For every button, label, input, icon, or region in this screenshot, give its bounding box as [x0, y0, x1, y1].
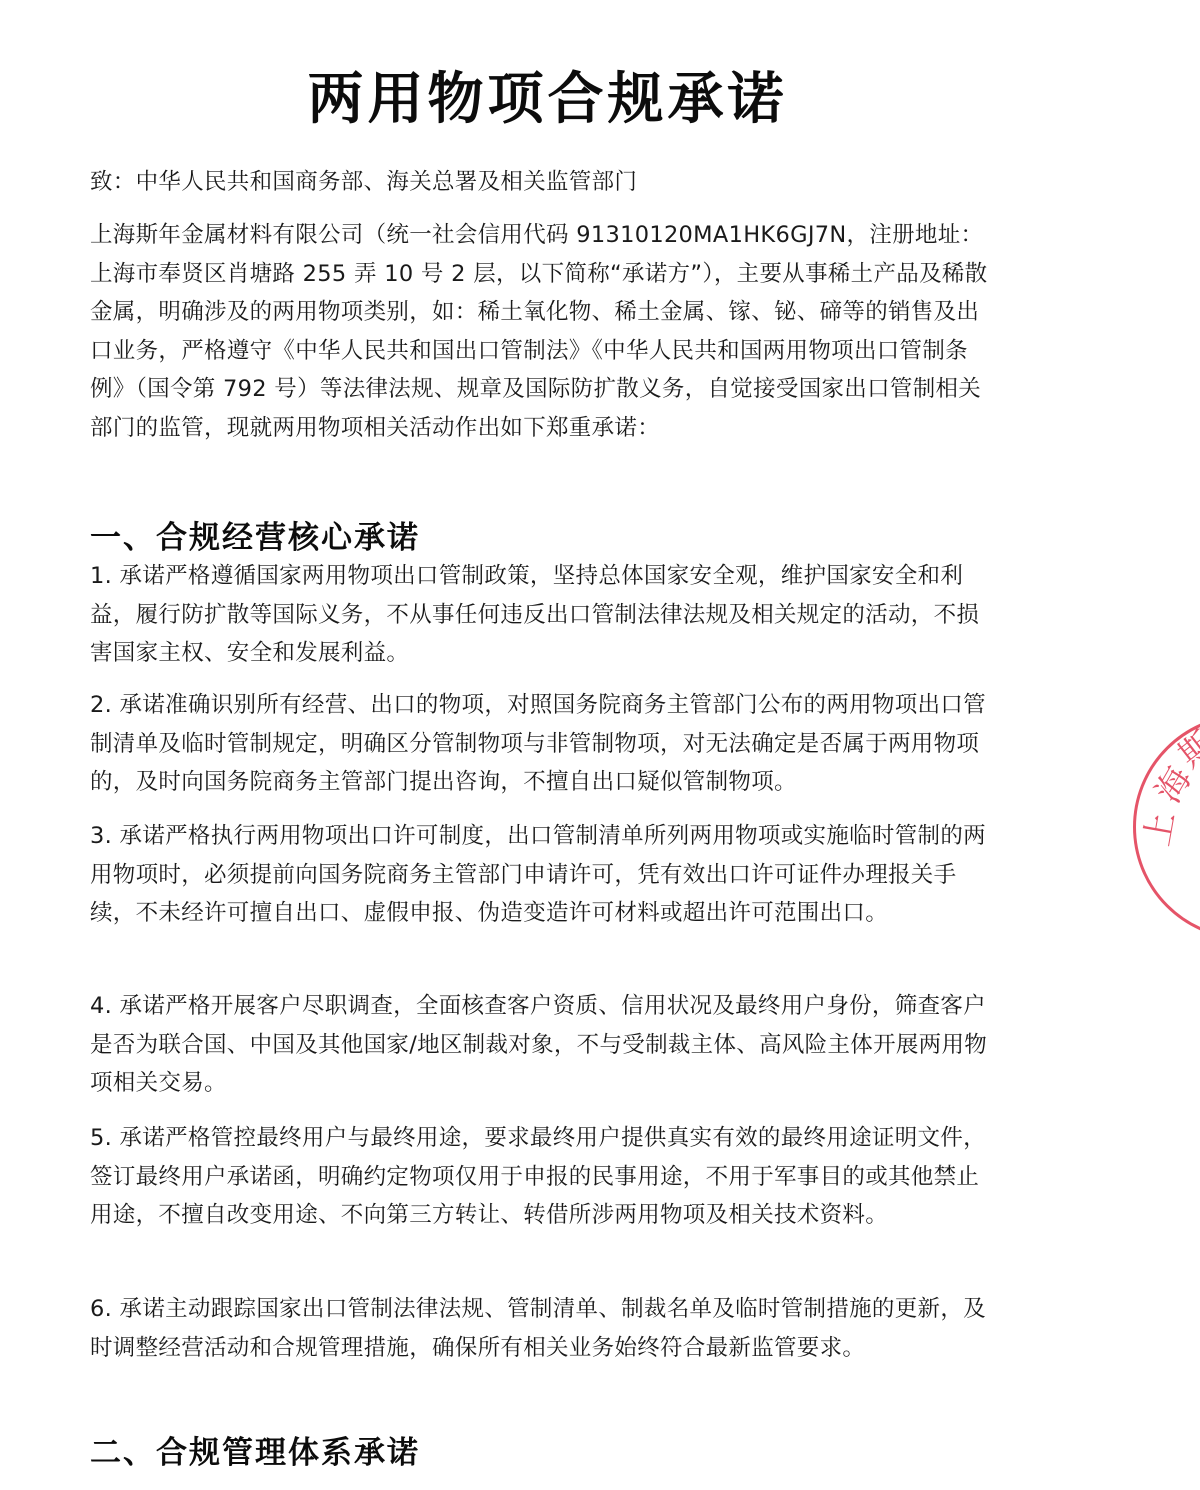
commitment-item-5: 5. 承诺严格管控最终用户与最终用途，要求最终用户提供真实有效的最终用途证明文件…	[90, 1119, 995, 1235]
commitment-text: 5. 承诺严格管控最终用户与最终用途，要求最终用户提供真实有效的最终用途证明文件…	[90, 1119, 995, 1235]
section-heading-2: 二、合规管理体系承诺	[90, 1431, 420, 1475]
commitment-text: 2. 承诺准确识别所有经营、出口的物项，对照国务院商务主管部门公布的两用物项出口…	[90, 686, 995, 802]
commitment-item-3: 3. 承诺严格执行两用物项出口许可制度，出口管制清单所列两用物项或实施临时管制的…	[90, 817, 995, 933]
commitment-item-6: 6. 承诺主动跟踪国家出口管制法律法规、管制清单、制裁名单及临时管制措施的更新，…	[90, 1290, 995, 1367]
intro-text: 上海斯年金属材料有限公司（统一社会信用代码 91310120MA1HK6GJ7N…	[90, 216, 995, 447]
commitment-text: 1. 承诺严格遵循国家两用物项出口管制政策，坚持总体国家安全观，维护国家安全和利…	[90, 557, 995, 673]
addressee-line: 致：中华人民共和国商务部、海关总署及相关监管部门	[90, 163, 995, 202]
commitment-text: 6. 承诺主动跟踪国家出口管制法律法规、管制清单、制裁名单及临时管制措施的更新，…	[90, 1290, 995, 1367]
intro-paragraph: 上海斯年金属材料有限公司（统一社会信用代码 91310120MA1HK6GJ7N…	[90, 216, 995, 447]
commitment-item-2: 2. 承诺准确识别所有经营、出口的物项，对照国务院商务主管部门公布的两用物项出口…	[90, 686, 995, 802]
seal-char: 上	[1140, 809, 1179, 848]
section-heading-1: 一、合规经营核心承诺	[90, 516, 420, 560]
addressee-text: 致：中华人民共和国商务部、海关总署及相关监管部门	[90, 163, 995, 202]
document-page: 两用物项合规承诺 致：中华人民共和国商务部、海关总署及相关监管部门 上海斯年金属…	[0, 0, 1200, 1490]
document-title: 两用物项合规承诺	[0, 60, 1095, 140]
commitment-item-1: 1. 承诺严格遵循国家两用物项出口管制政策，坚持总体国家安全观，维护国家安全和利…	[90, 557, 995, 673]
commitment-text: 3. 承诺严格执行两用物项出口许可制度，出口管制清单所列两用物项或实施临时管制的…	[90, 817, 995, 933]
commitment-text: 4. 承诺严格开展客户尽职调查，全面核查客户资质、信用状况及最终用户身份，筛查客…	[90, 987, 995, 1103]
commitment-item-4: 4. 承诺严格开展客户尽职调查，全面核查客户资质、信用状况及最终用户身份，筛查客…	[90, 987, 995, 1103]
